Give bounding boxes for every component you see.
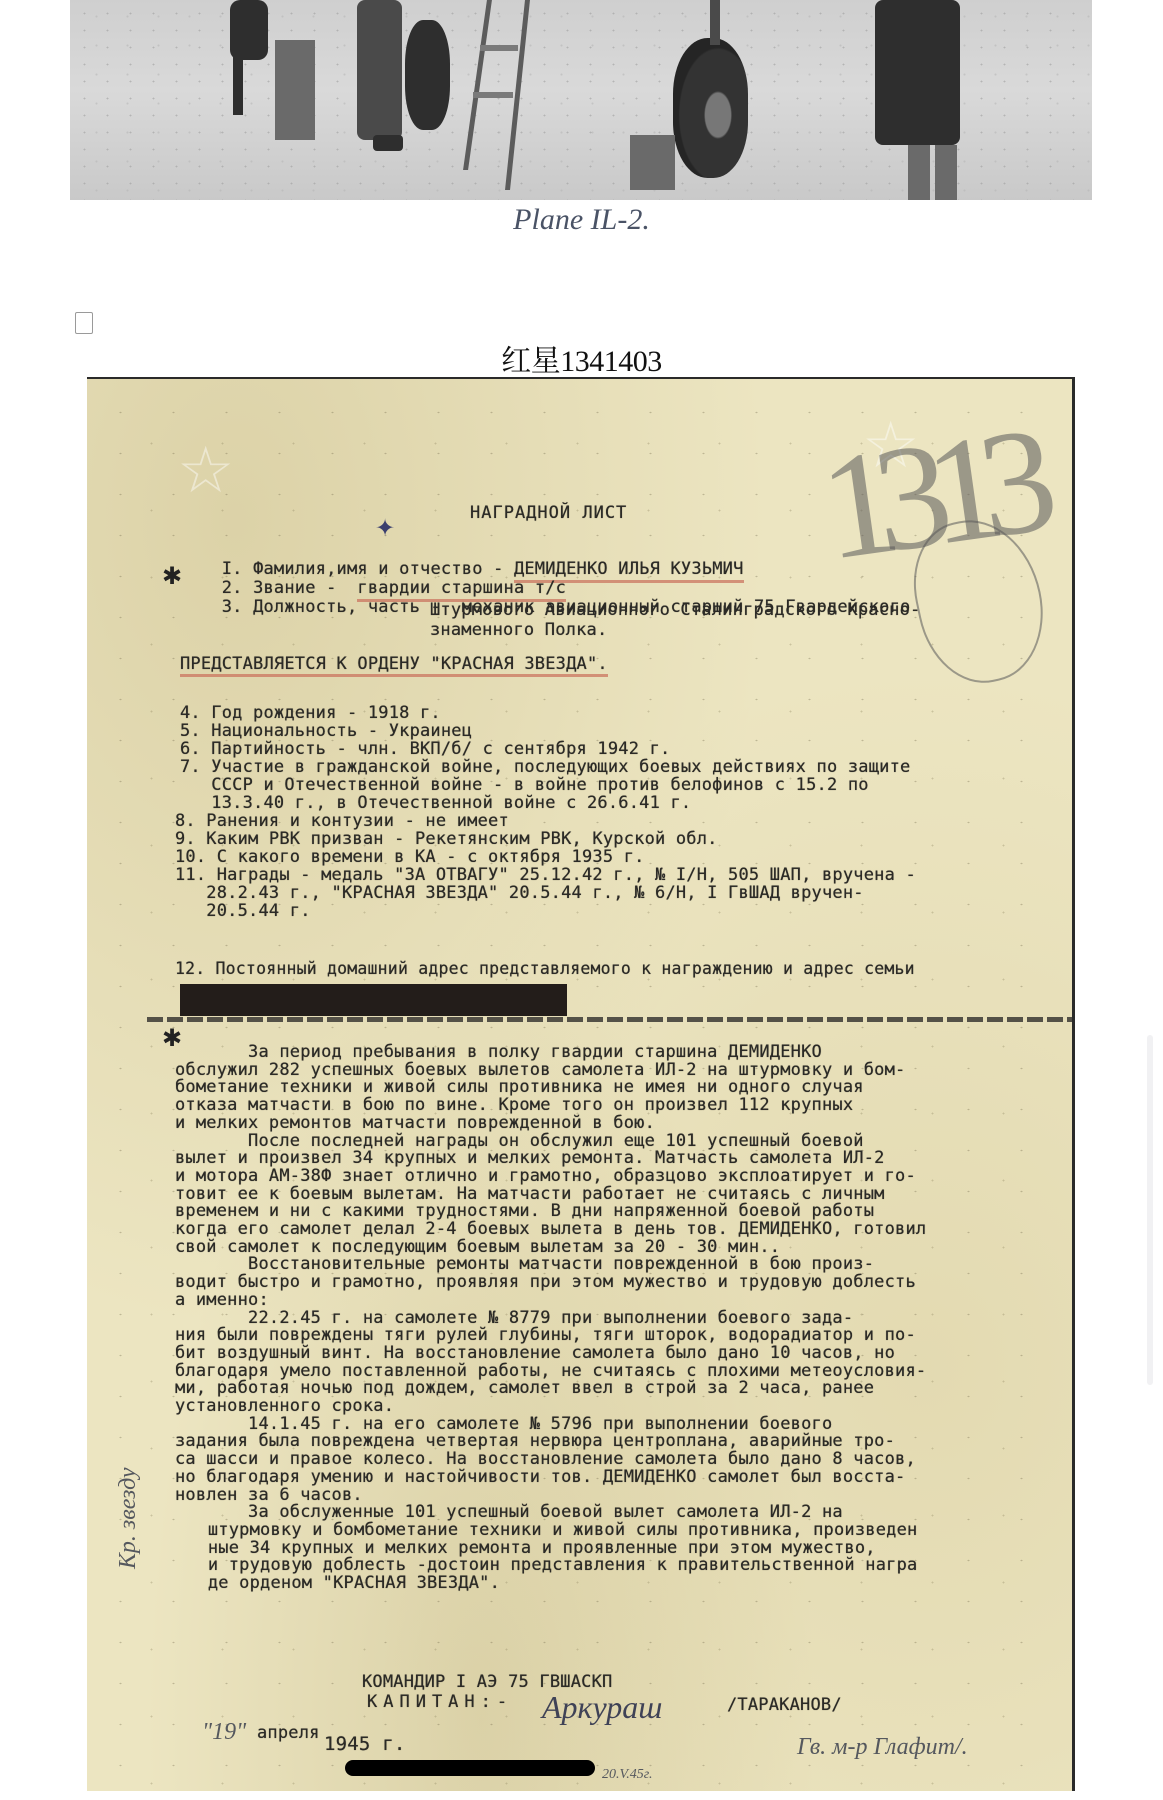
photo-mechanic-right [875, 0, 960, 145]
field-8: 8. Ранения и контузии - не имеет [175, 813, 509, 830]
citation-line: установленного срока. [175, 1398, 394, 1415]
field-5: 5. Национальность - Украинец [180, 723, 472, 740]
margin-note: Кр. звезду [115, 1467, 142, 1569]
photo-ladder-rung [473, 92, 513, 98]
citation-line: Восстановительные ремонты матчасти повре… [175, 1256, 874, 1273]
il2-photo [70, 0, 1092, 200]
date-month: апреля [257, 1725, 320, 1742]
photo-box [275, 40, 315, 140]
field-6: 6. Партийность - члн. ВКП/б/ с сентября … [180, 741, 670, 758]
photo-wheel-right [673, 38, 748, 178]
citation-line: отказа матчасти в бою по вине. Кроме тог… [175, 1097, 853, 1114]
citation-line: а именно: [175, 1292, 269, 1309]
handwritten-date: 20.V.45г. [602, 1767, 653, 1783]
citation-line: За обслуженные 101 успешный боевой вылет… [175, 1504, 843, 1521]
field-3-cont: Штурмового Авиационного Сталинградского … [430, 602, 920, 619]
citation-line: и трудовую доблесть -достоин представлен… [187, 1557, 917, 1574]
photo-boot-right [935, 145, 957, 200]
citation-line: После последней награды он обслужил еще … [175, 1133, 864, 1150]
photo-boot [373, 135, 403, 151]
photo-ladder-rung [480, 45, 518, 51]
ink-mark-icon: ✦ [375, 514, 395, 543]
field-4: 4. Год рождения - 1918 г. [180, 705, 441, 722]
field-3-cont: знаменного Полка. [430, 622, 607, 639]
field-10: 10. С какого времени в КА - с октября 19… [175, 849, 645, 866]
citation-line: ные 34 крупных и мелких ремонта и проявл… [187, 1540, 876, 1557]
citation-line: 14.1.45 г. на его самолете № 5796 при вы… [175, 1416, 832, 1433]
nomination-line: ПРЕДСТАВЛЯЕТСЯ К ОРДЕНУ "КРАСНАЯ ЗВЕЗДА"… [180, 656, 608, 677]
field-12: 12. Постоянный домашний адрес представля… [175, 961, 915, 978]
field-7: 7. Участие в гражданской войне, последую… [180, 759, 910, 776]
citation-line: товит ее к боевым вылетам. На матчасти р… [175, 1186, 885, 1203]
section-title: 红星1341403 [0, 336, 1163, 380]
citation-line: са шасси и правое колесо. На восстановле… [175, 1451, 916, 1468]
field-9: 9. Каким РВК призван - Рекетянским РВК, … [175, 831, 718, 848]
field-7-cont: 13.3.40 г., в Отечественной войне с 26.6… [180, 795, 691, 812]
field-11: 11. Награды - медаль "ЗА ОТВАГУ" 25.12.4… [175, 867, 916, 884]
citation-line: обслужил 282 успешных боевых вылетов сам… [175, 1062, 905, 1079]
photo-figure-seated-leg [233, 55, 243, 115]
citation-line: и мотора АМ-38Ф знает отлично и грамотно… [175, 1168, 916, 1185]
citation-line: 22.2.45 г. на самолете № 8779 при выполн… [175, 1310, 853, 1327]
field-num: 3. [222, 597, 243, 617]
citation-line: временем и ни с какими трудностями. В дн… [175, 1203, 874, 1220]
citation-line: но благодаря умению и настойчивости тов.… [175, 1469, 905, 1486]
citation-line: бит воздушный винт. На восстановление са… [175, 1345, 895, 1362]
scrollbar[interactable] [1147, 1035, 1153, 1385]
citation-line: задания была повреждена четвертая нервюр… [175, 1433, 895, 1450]
document-heading: НАГРАДНОЙ ЛИСТ [470, 505, 627, 522]
citation-line: бометание техники и живой силы противник… [175, 1079, 864, 1096]
photo-figure-seated [230, 0, 268, 60]
citation-line: ми, работая ночью под дождем, самолет вв… [175, 1380, 874, 1397]
citation-line: За период пребывания в полку гвардии ста… [175, 1044, 822, 1061]
photo-caption: Plane IL-2. [0, 203, 1163, 237]
citation-line: благодаря умело поставленной работы, не … [175, 1363, 926, 1380]
separator-dashes [147, 1017, 1072, 1022]
citation-line: вылет и произвел 34 крупных и мелких рем… [175, 1150, 885, 1167]
date-year: 1945 г. [324, 1735, 405, 1754]
photo-wheel-left [405, 20, 450, 130]
home-indicator[interactable] [345, 1760, 595, 1776]
redaction-bar [180, 984, 567, 1016]
citation-line: де орденом "КРАСНАЯ ЗВЕЗДА". [187, 1575, 500, 1592]
citation-line: и мелких ремонтов матчасти поврежденной … [175, 1115, 655, 1132]
date-day: "19" [202, 1719, 246, 1746]
handwritten-approval: Гв. м-р Глафит/. [797, 1734, 968, 1761]
field-7-cont: СССР и Отечественной войне - в войне про… [180, 777, 869, 794]
commander-signature: Аркураш [542, 1689, 662, 1726]
award-sheet-scan: ☆ ☆ 1313 НАГРАДНОЙ ЛИСТ ✦ ✱ I. Фамилия,и… [87, 377, 1075, 1791]
broken-image-icon [75, 312, 93, 334]
field-11-cont: 28.2.43 г., "КРАСНАЯ ЗВЕЗДА" 20.5.44 г.,… [175, 885, 864, 902]
citation-line: водит быстро и грамотно, проявляя при эт… [175, 1274, 916, 1291]
photo-chock [630, 135, 675, 190]
field-11-cont: 20.5.44 г. [175, 903, 311, 920]
citation-line: ния были повреждены тяги рулей глубины, … [175, 1327, 916, 1344]
photo-strut [710, 0, 720, 45]
citation-line: когда его самолет делал 2-4 боевых вылет… [175, 1221, 926, 1238]
citation-line: свой самолет к последующим боевым вылета… [175, 1239, 780, 1256]
commander-name: /ТАРАКАНОВ/ [727, 1697, 842, 1714]
citation-line: штурмовку и бомбометание техники и живой… [187, 1522, 917, 1539]
photo-boot-right [908, 145, 930, 200]
citation-line: новлен за 6 часов. [175, 1487, 363, 1504]
watermark-star-icon: ☆ [177, 439, 234, 503]
commander-rank: КАПИТАН:- [367, 1694, 513, 1711]
photo-mechanic-left [357, 0, 402, 140]
